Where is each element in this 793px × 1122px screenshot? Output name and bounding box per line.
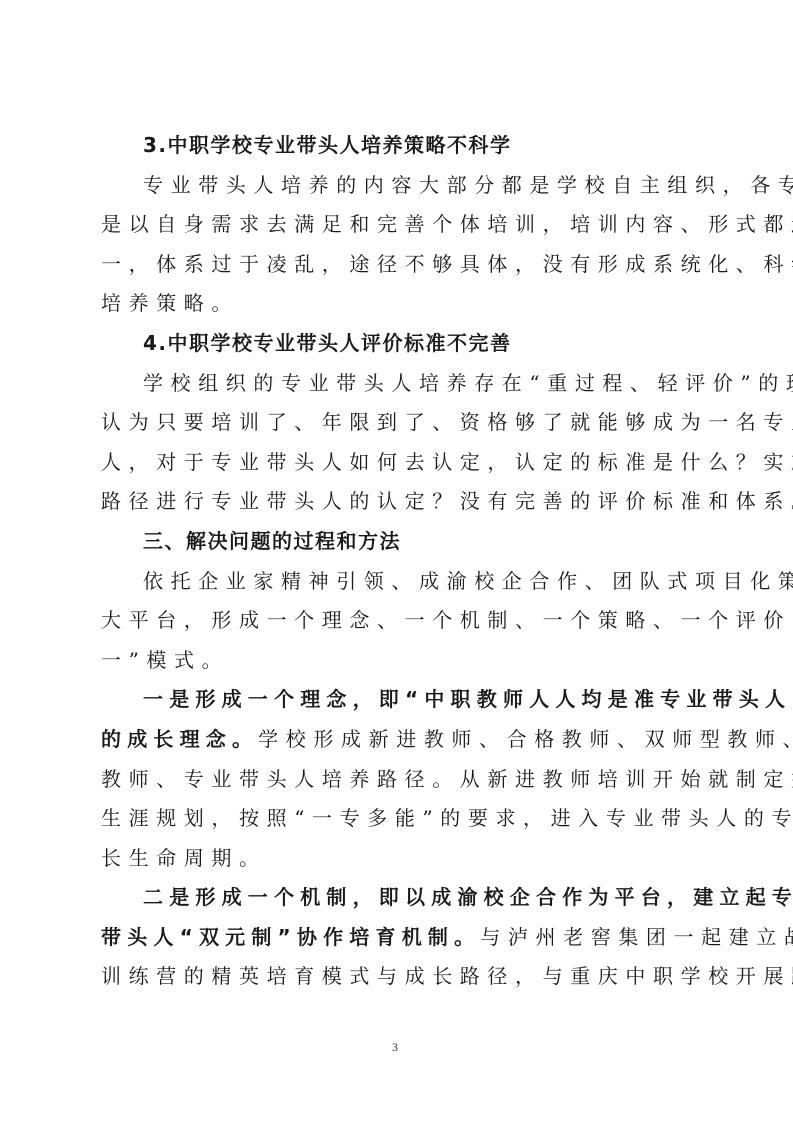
paragraph-line: 带头人“双元制”协作培育机制。与泸州老窖集团一起建立战狼 bbox=[101, 918, 691, 958]
document-page: 3.中职学校专业带头人培养策略不科学 专业带头人培养的内容大部分都是学校自主组织… bbox=[101, 126, 691, 997]
paragraph-line: 人，对于专业带头人如何去认定，认定的标准是什么？实施什么 bbox=[101, 443, 691, 483]
point-one-bold-tail: 的成长理念。 bbox=[101, 727, 258, 751]
paragraph-line: 教师、专业带头人培养路径。从新进教师培训开始就制定好职业 bbox=[101, 760, 691, 800]
point-two-text: 与泸州老窖集团一起建立战狼 bbox=[480, 925, 793, 949]
paragraph-line: 大平台，形成一个理念、一个机制、一个策略、一个评价“四个 bbox=[101, 601, 691, 641]
paragraph-line: 是以自身需求去满足和完善个体培训，培训内容、形式都过于单 bbox=[101, 205, 691, 245]
paragraph-line: 学校组织的专业带头人培养存在“重过程、轻评价”的现象， bbox=[101, 364, 691, 404]
paragraph-line: 专业带头人培养的内容大部分都是学校自主组织，各专业都 bbox=[101, 166, 691, 206]
point-two-bold-lead: 二是形成一个机制，即以成渝校企合作为平台，建立起专业 bbox=[101, 878, 691, 918]
point-one-text: 学校形成新进教师、合格教师、双师型教师、骨干 bbox=[258, 727, 793, 751]
page-number: 3 bbox=[392, 1040, 398, 1055]
paragraph-line: 培养策略。 bbox=[101, 284, 691, 324]
paragraph-line: 一”模式。 bbox=[101, 641, 691, 681]
point-two-bold-tail: 带头人“双元制”协作培育机制。 bbox=[101, 925, 480, 949]
section-heading-4: 4.中职学校专业带头人评价标准不完善 bbox=[101, 324, 691, 364]
paragraph-line: 训练营的精英培育模式与成长路径，与重庆中职学校开展跨区域 bbox=[101, 957, 691, 997]
paragraph-line: 认为只要培训了、年限到了、资格够了就能够成为一名专业带头 bbox=[101, 403, 691, 443]
section-heading-3: 3.中职学校专业带头人培养策略不科学 bbox=[101, 126, 691, 166]
point-one-bold-lead: 一是形成一个理念，即“中职教师人人均是准专业带头人” bbox=[101, 680, 691, 720]
paragraph-line: 依托企业家精神引领、成渝校企合作、团队式项目化策略三 bbox=[101, 562, 691, 602]
paragraph-line: 长生命周期。 bbox=[101, 839, 691, 879]
paragraph-line: 一，体系过于凌乱，途径不够具体，没有形成系统化、科学化的 bbox=[101, 245, 691, 285]
paragraph-line: 生涯规划，按照“一专多能”的要求，进入专业带头人的专业成 bbox=[101, 799, 691, 839]
section-heading-process-methods: 三、解决问题的过程和方法 bbox=[101, 522, 691, 562]
paragraph-line: 路径进行专业带头人的认定？没有完善的评价标准和体系。 bbox=[101, 482, 691, 522]
paragraph-line: 的成长理念。学校形成新进教师、合格教师、双师型教师、骨干 bbox=[101, 720, 691, 760]
